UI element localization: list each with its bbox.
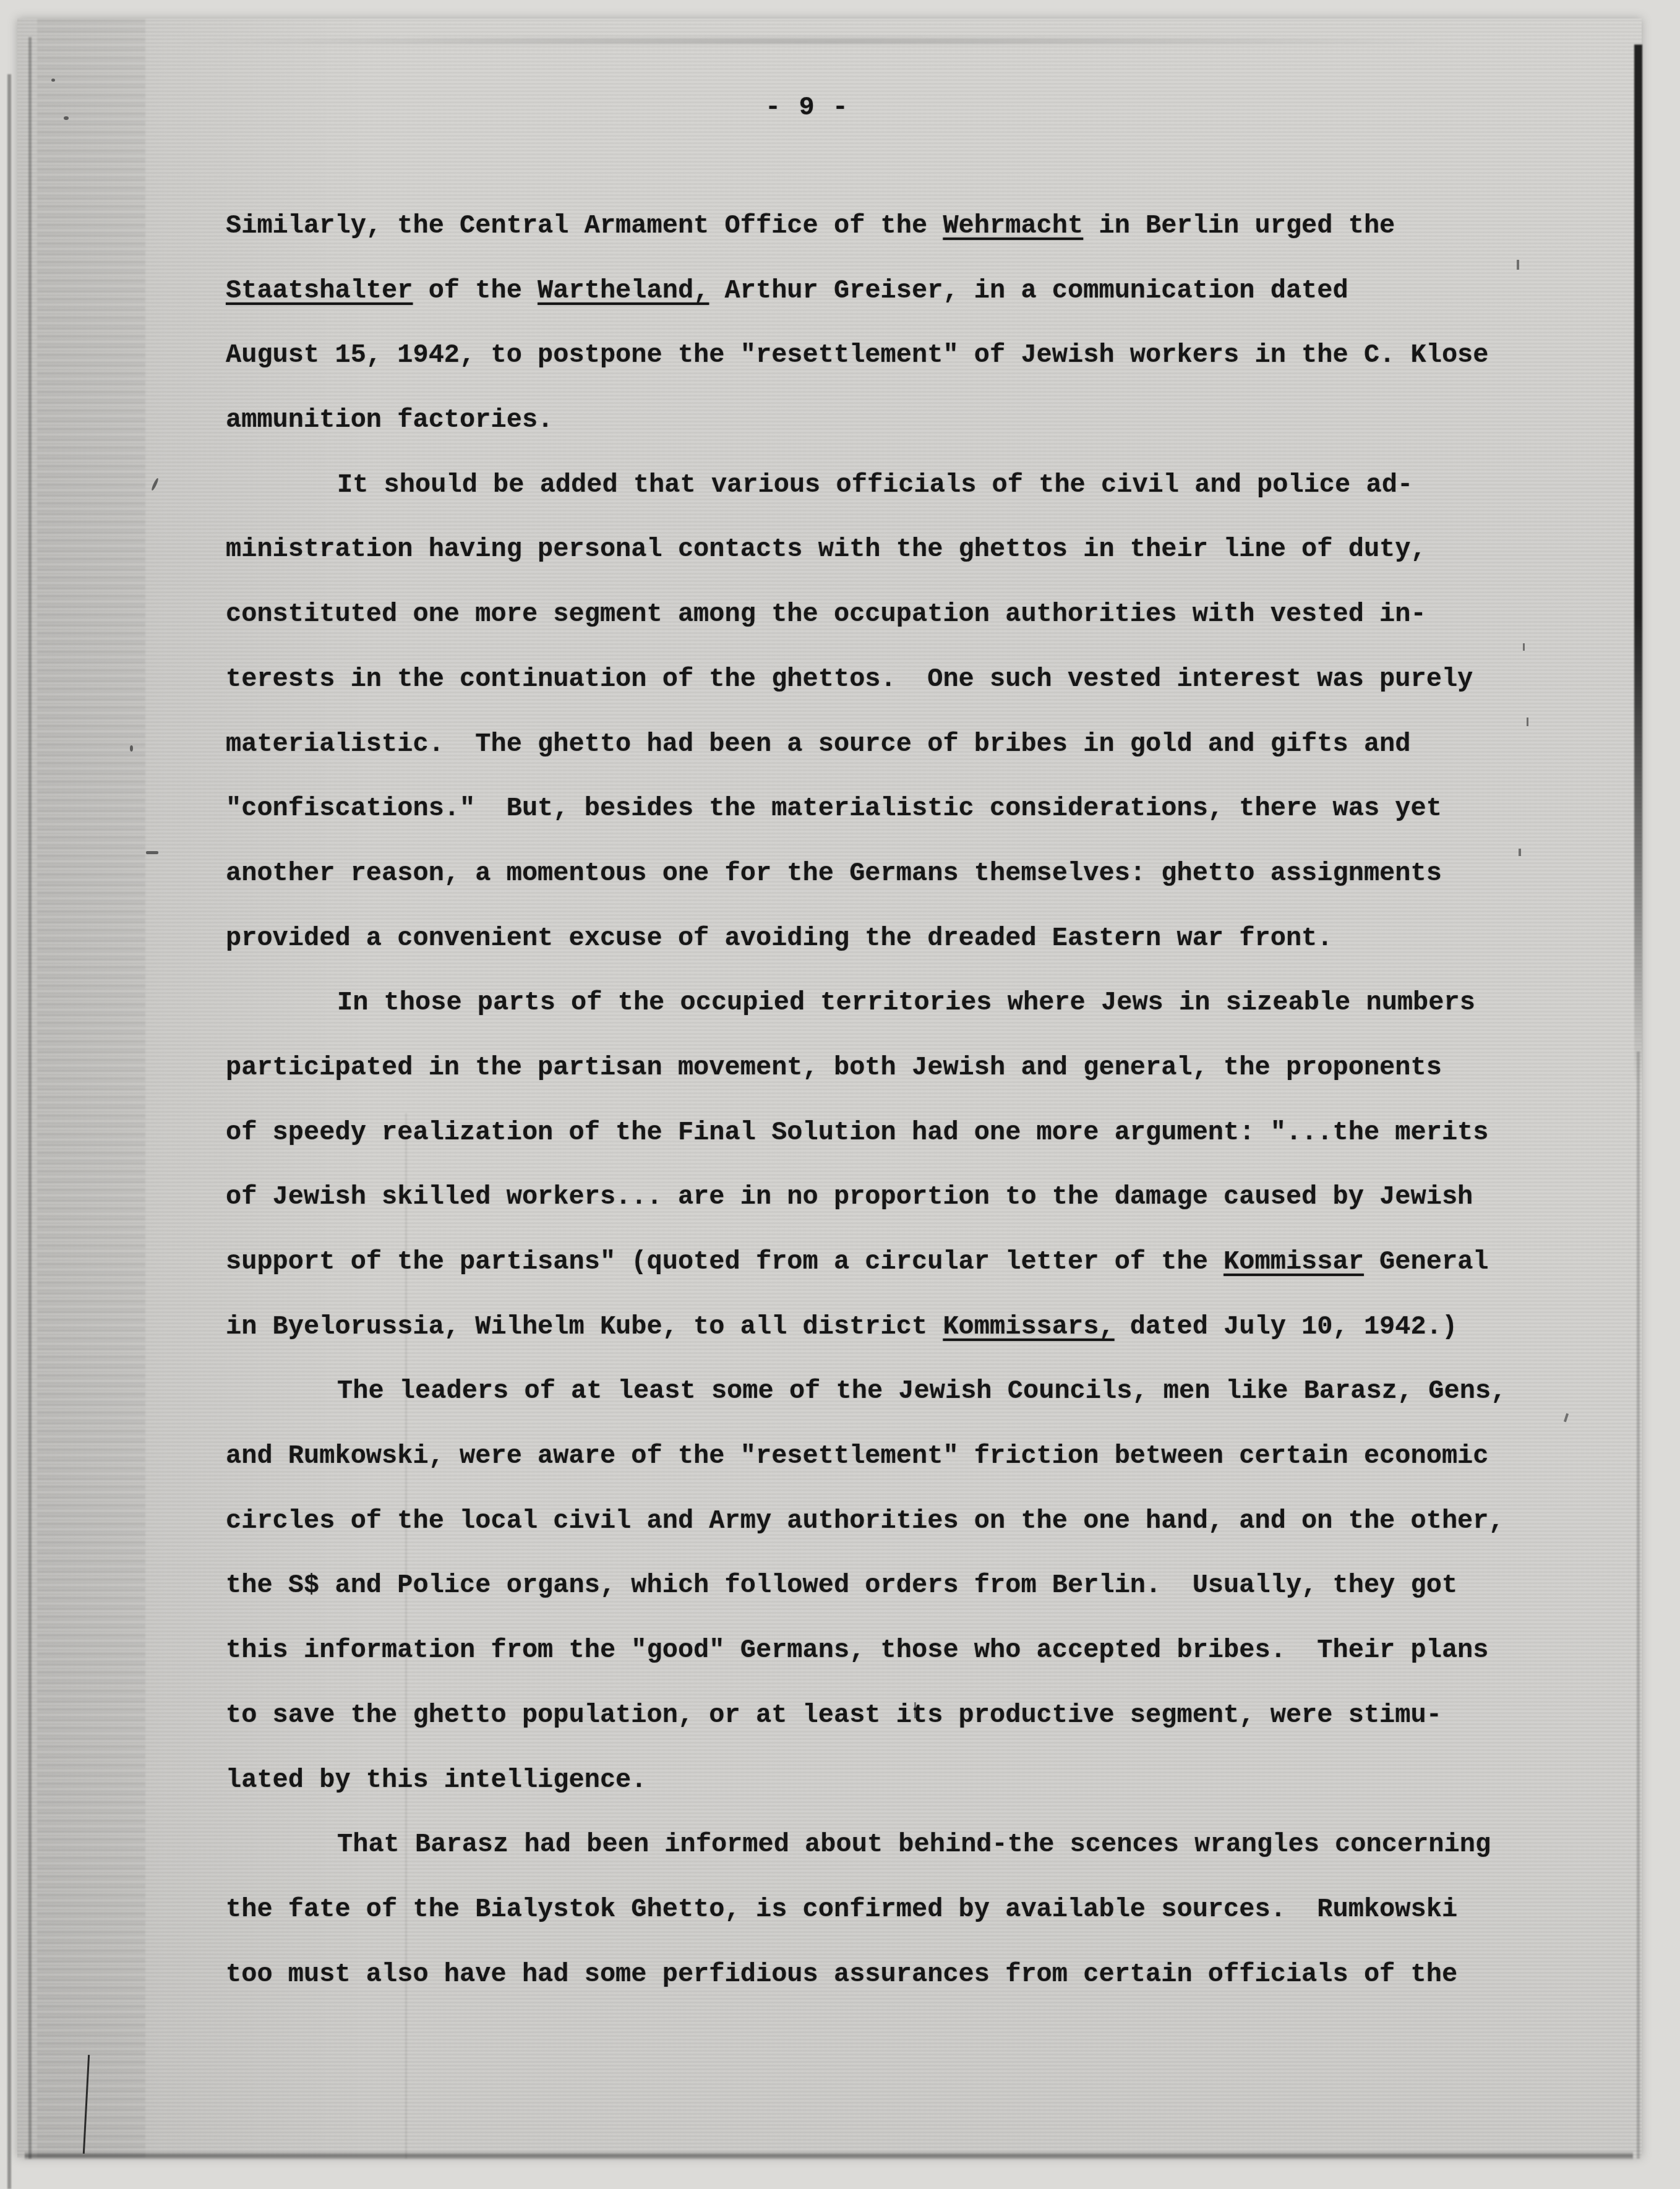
- text-segment: of Jewish skilled workers... are in no p…: [226, 1182, 1473, 1212]
- text-line: That Barasz had been informed about behi…: [226, 1812, 1574, 1877]
- text-line: ammunition factories.: [226, 388, 1574, 453]
- underlined-term: Wehrmacht: [943, 211, 1083, 241]
- text-segment: the S$ and Police organs, which followed…: [226, 1570, 1457, 1600]
- text-segment: ammunition factories.: [226, 405, 553, 435]
- text-line: circles of the local civil and Army auth…: [226, 1489, 1574, 1554]
- underlined-term: Kommissar: [1224, 1247, 1364, 1277]
- paragraph: That Barasz had been informed about behi…: [226, 1812, 1574, 2007]
- text-segment: The leaders of at least some of the Jewi…: [337, 1376, 1506, 1406]
- text-segment: in Byelorussia, Wilhelm Kube, to all dis…: [226, 1312, 943, 1342]
- text-line: ministration having personal contacts wi…: [226, 517, 1574, 582]
- text-segment: and Rumkowski, were aware of the "resett…: [226, 1441, 1489, 1471]
- text-segment: ministration having personal contacts wi…: [226, 534, 1426, 564]
- text-segment: It should be added that various official…: [337, 470, 1413, 500]
- text-line: too must also have had some perfidious a…: [226, 1942, 1574, 2007]
- text-line: and Rumkowski, were aware of the "resett…: [226, 1424, 1574, 1489]
- text-line: the S$ and Police organs, which followed…: [226, 1553, 1574, 1618]
- text-segment: participated in the partisan movement, b…: [226, 1053, 1442, 1082]
- text-line: the fate of the Bialystok Ghetto, is con…: [226, 1877, 1574, 1942]
- scanned-document: - 9 - Similarly, the Central Armament Of…: [0, 0, 1680, 2189]
- text-segment: to save the ghetto population, or at lea…: [226, 1700, 1442, 1730]
- underlined-term: Kommissars,: [943, 1312, 1114, 1342]
- text-line: of speedy realization of the Final Solut…: [226, 1100, 1574, 1165]
- text-segment: materialistic. The ghetto had been a sou…: [226, 729, 1411, 759]
- text-segment: the fate of the Bialystok Ghetto, is con…: [226, 1895, 1457, 1924]
- text-line: In those parts of the occupied territori…: [226, 970, 1574, 1035]
- text-segment: another reason, a momentous one for the …: [226, 859, 1442, 888]
- text-segment: constituted one more segment among the o…: [226, 599, 1426, 629]
- paragraph: It should be added that various official…: [226, 453, 1574, 971]
- text-segment: of speedy realization of the Final Solut…: [226, 1118, 1489, 1147]
- text-segment: That Barasz had been informed about behi…: [337, 1830, 1491, 1859]
- text-line: provided a convenient excuse of avoiding…: [226, 906, 1574, 971]
- text-segment: Similarly, the Central Armament Office o…: [226, 211, 943, 241]
- underlined-term: Wartheland,: [538, 276, 709, 306]
- text-line: lated by this intelligence.: [226, 1748, 1574, 1813]
- text-segment: August 15, 1942, to postpone the "resett…: [226, 340, 1489, 370]
- text-line: "confiscations." But, besides the materi…: [226, 776, 1574, 841]
- text-segment: provided a convenient excuse of avoiding…: [226, 923, 1333, 953]
- text-segment: lated by this intelligence.: [226, 1765, 647, 1795]
- paragraph: Similarly, the Central Armament Office o…: [226, 194, 1574, 453]
- page-number: - 9 -: [765, 93, 849, 122]
- text-segment: Arthur Greiser, in a communication dated: [709, 276, 1348, 306]
- text-line: The leaders of at least some of the Jewi…: [226, 1359, 1574, 1424]
- text-line: this information from the "good" Germans…: [226, 1618, 1574, 1683]
- text-segment: too must also have had some perfidious a…: [226, 1960, 1457, 1989]
- text-segment: support of the partisans" (quoted from a…: [226, 1247, 1224, 1277]
- text-line: It should be added that various official…: [226, 453, 1574, 518]
- paragraph: In those parts of the occupied territori…: [226, 970, 1574, 1359]
- text-line: of Jewish skilled workers... are in no p…: [226, 1165, 1574, 1230]
- paragraph: The leaders of at least some of the Jewi…: [226, 1359, 1574, 1812]
- text-segment: circles of the local civil and Army auth…: [226, 1506, 1504, 1536]
- text-line: in Byelorussia, Wilhelm Kube, to all dis…: [226, 1295, 1574, 1360]
- document-body: Similarly, the Central Armament Office o…: [226, 194, 1574, 2007]
- text-line: constituted one more segment among the o…: [226, 582, 1574, 647]
- text-line: materialistic. The ghetto had been a sou…: [226, 712, 1574, 777]
- text-segment: General: [1364, 1247, 1489, 1277]
- text-segment: this information from the "good" Germans…: [226, 1635, 1489, 1665]
- text-segment: "confiscations." But, besides the materi…: [226, 794, 1442, 823]
- text-line: Staatshalter of the Wartheland, Arthur G…: [226, 259, 1574, 323]
- typed-text-layer: - 9 - Similarly, the Central Armament Of…: [0, 0, 1680, 2189]
- text-line: August 15, 1942, to postpone the "resett…: [226, 323, 1574, 388]
- text-line: support of the partisans" (quoted from a…: [226, 1230, 1574, 1295]
- underlined-term: Staatshalter: [226, 276, 413, 306]
- text-line: participated in the partisan movement, b…: [226, 1035, 1574, 1100]
- text-line: terests in the continuation of the ghett…: [226, 647, 1574, 712]
- text-segment: dated July 10, 1942.): [1115, 1312, 1458, 1342]
- text-segment: of the: [413, 276, 538, 306]
- text-segment: in Berlin urged the: [1083, 211, 1395, 241]
- text-segment: terests in the continuation of the ghett…: [226, 664, 1473, 694]
- text-line: another reason, a momentous one for the …: [226, 841, 1574, 906]
- text-line: to save the ghetto population, or at lea…: [226, 1683, 1574, 1748]
- text-line: Similarly, the Central Armament Office o…: [226, 194, 1574, 259]
- text-segment: In those parts of the occupied territori…: [337, 988, 1475, 1017]
